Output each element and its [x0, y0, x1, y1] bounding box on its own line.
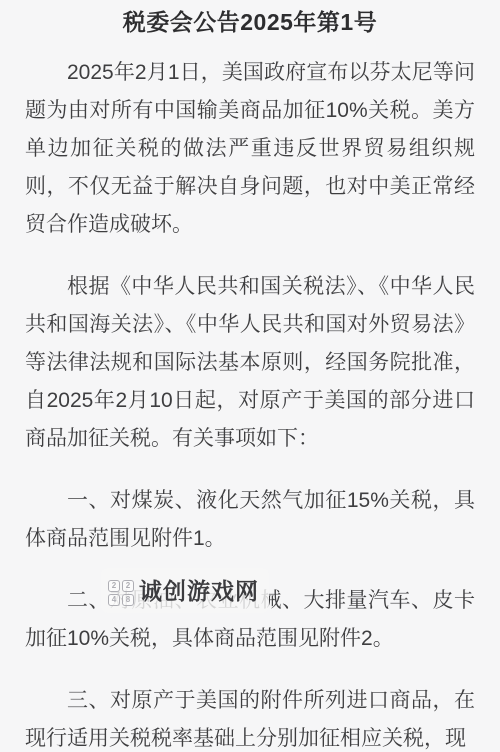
- watermark-site-name: 诚创游戏网: [139, 573, 259, 606]
- game-2048-icon: 2 2 4 8: [108, 580, 134, 606]
- paragraph-legal-basis: 根据《中华人民共和国关税法》、《中华人民共和国海关法》、《中华人民共和国对外贸易…: [25, 268, 475, 458]
- paragraph-item-3: 三、对原产于美国的附件所列进口商品，在现行适用关税税率基础上分别加征相应关税，现: [25, 682, 475, 752]
- icon-tile: 2: [122, 580, 134, 592]
- paragraph-intro: 2025年2月1日，美国政府宣布以芬太尼等问题为由对所有中国输美商品加征10%关…: [25, 54, 475, 244]
- icon-tile: 8: [122, 594, 134, 606]
- icon-tile: 2: [108, 580, 120, 592]
- document-body: 2025年2月1日，美国政府宣布以芬太尼等问题为由对所有中国输美商品加征10%关…: [25, 54, 475, 752]
- document-title: 税委会公告2025年第1号: [0, 0, 500, 28]
- watermark: 2 2 4 8 诚创游戏网: [101, 568, 269, 613]
- document-page: 税委会公告2025年第1号 2025年2月1日，美国政府宣布以芬太尼等问题为由对…: [0, 0, 500, 752]
- paragraph-item-1: 一、对煤炭、液化天然气加征15%关税，具体商品范围见附件1。: [25, 482, 475, 558]
- icon-tile: 4: [108, 594, 120, 606]
